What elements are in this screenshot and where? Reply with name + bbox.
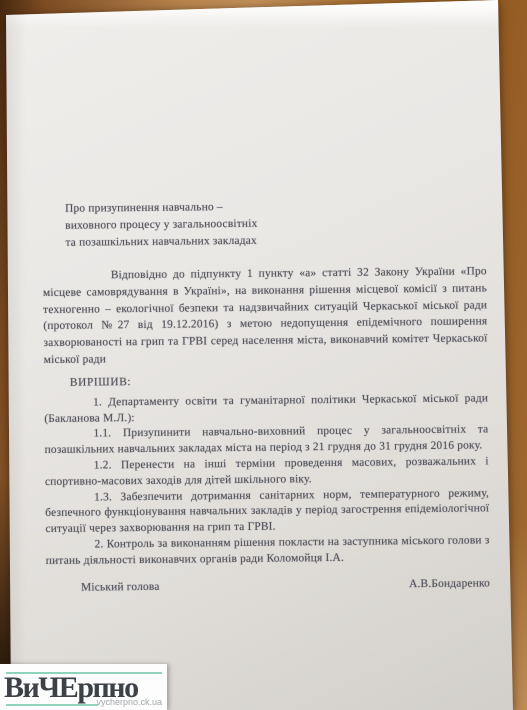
- document-page: Про призупинення навчально – виховного п…: [0, 0, 527, 710]
- document-intro-paragraph: Відповідно до підпункту 1 пункту «а» ста…: [43, 263, 488, 368]
- resolved-heading: ВИРІШИВ:: [70, 370, 488, 391]
- signature-position: Міський голова: [81, 578, 160, 596]
- decision-items: 1. Департаменту освіти та гуманітарної п…: [44, 391, 490, 569]
- desk-photo-background: Про призупинення навчально – виховного п…: [0, 0, 527, 710]
- decision-item: 1. Департаменту освіти та гуманітарної п…: [44, 391, 488, 427]
- signature-row: Міський голова А.В.Бондаренко: [46, 575, 490, 597]
- decision-item: 1.1. Призупинити навчально-виховний проц…: [44, 423, 488, 459]
- watermark-bottom-rule: [6, 704, 98, 706]
- subject-line: та позашкільних навчальних закладах: [65, 230, 486, 251]
- document-subject: Про призупинення навчально – виховного п…: [65, 196, 487, 251]
- vycherpno-watermark: ВиЧЕрпно vycherpno.ck.ua: [0, 664, 167, 710]
- document-body: Про призупинення навчально – виховного п…: [42, 196, 490, 596]
- decision-item: 2. Контроль за виконанням рішення поклас…: [46, 533, 490, 569]
- decision-item: 1.3. Забезпечити дотримання санітарних н…: [45, 486, 489, 538]
- signature-name: А.В.Бондаренко: [409, 575, 490, 593]
- decision-item: 1.2. Перенести на інші терміни проведенн…: [45, 454, 489, 490]
- watermark-site-url: vycherpno.ck.ua: [96, 697, 162, 707]
- paper-shadow-wrap: Про призупинення навчально – виховного п…: [0, 0, 527, 710]
